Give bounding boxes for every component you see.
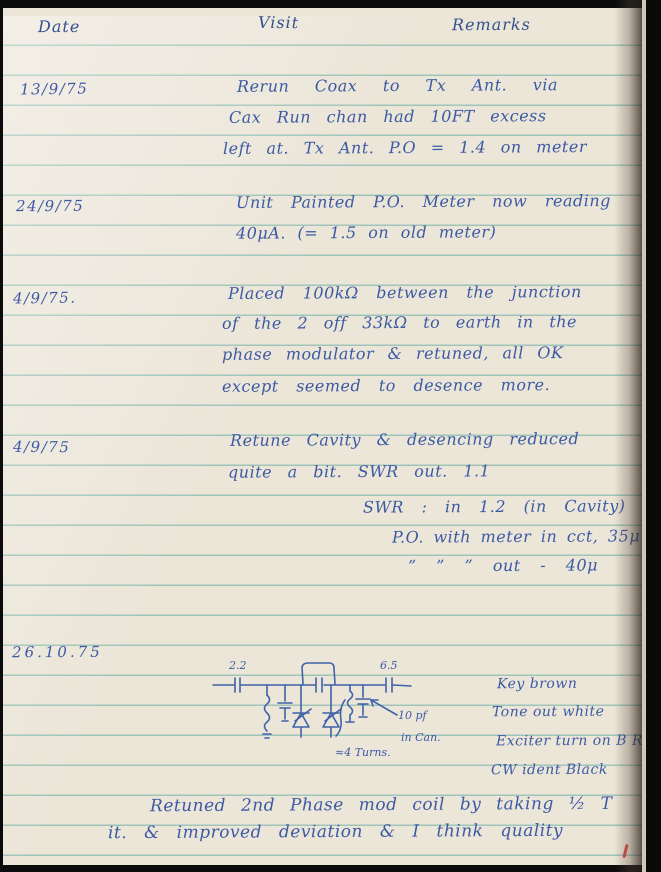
label-in-can: in Can. — [401, 731, 441, 744]
capacitor-10pf — [356, 685, 370, 717]
scanned-logbook-page: Date Visit Remarks 13/9/75 Rerun Coax to… — [0, 0, 661, 872]
entry-4-date: 4/9/75 — [13, 438, 70, 456]
bridge-link — [302, 663, 335, 684]
capacitor-shunt-left — [278, 685, 292, 721]
entry-4-remark-line: SWR : in 1.2 (in Cavity) — [363, 496, 626, 516]
entry-2-remark-line: Unit Painted P.O. Meter now reading — [236, 191, 611, 212]
entry-4-remark-line: P.O. with meter in cct, 35μ — [392, 526, 640, 546]
entry-3-remark-line: except seemed to desence more. — [222, 375, 550, 396]
capacitor-right: 6.5 — [380, 659, 398, 692]
varactor-diode-1 — [293, 685, 311, 737]
footer-note-line: Retuned 2nd Phase mod coil by taking ½ T — [150, 794, 613, 816]
wiring-note: Tone out white — [492, 704, 604, 721]
inductor-right — [346, 685, 354, 722]
capacitor-left: 2.2 — [228, 659, 247, 692]
main-wire — [213, 685, 411, 686]
column-header-date: Date — [38, 17, 80, 36]
label-10pf: 10 pf — [398, 709, 429, 722]
turns-brace — [336, 700, 345, 736]
footer-note-line: it. & improved deviation & I think quali… — [108, 821, 563, 843]
capacitor-right-value: 6.5 — [380, 659, 398, 672]
entry-1-remark-line: Cax Run chan had 10FT excess — [229, 106, 547, 127]
entry-5-date: 26.10.75 — [12, 643, 103, 661]
entry-3-remark-line: Placed 100kΩ between the junction — [228, 282, 582, 303]
entry-4-remark-line: quite a bit. SWR out. 1.1 — [228, 461, 490, 481]
entry-3-remark-line: of the 2 off 33kΩ to earth in the — [222, 312, 577, 333]
entry-1-date: 13/9/75 — [20, 80, 89, 99]
wiring-note: CW ident Black — [491, 762, 608, 779]
column-header-remarks: Remarks — [452, 15, 531, 34]
entry-2-remark-line: 40μA. (= 1.5 on old meter) — [236, 222, 496, 242]
entry-1-remark-line: Rerun Coax to Tx Ant. via — [237, 75, 558, 96]
wiring-note: Key brown — [497, 676, 577, 692]
entry-3-date: 4/9/75. — [13, 289, 77, 308]
circuit-diagram: 2.2 6.5 — [205, 655, 445, 767]
entry-4-remark-line: ” ” ” out - 40μ — [408, 556, 598, 576]
entry-3-remark-line: phase modulator & retuned, all OK — [222, 343, 564, 364]
pointer-arrow-10pf — [371, 700, 397, 715]
entry-4-remark-line: Retune Cavity & desencing reduced — [230, 429, 579, 450]
label-turns: ≈4 Turns. — [335, 746, 391, 759]
entry-2-date: 24/9/75 — [16, 197, 84, 215]
entry-1-remark-line: left at. Tx Ant. P.O = 1.4 on meter — [223, 137, 587, 158]
capacitor-left-value: 2.2 — [228, 659, 247, 672]
column-header-visit: Visit — [258, 13, 299, 32]
capacitor-middle — [316, 678, 322, 692]
page-edge-shadow — [614, 0, 642, 872]
scan-border-right — [646, 0, 661, 872]
varactor-diode-2 — [323, 685, 341, 737]
inductor-left — [263, 685, 271, 738]
